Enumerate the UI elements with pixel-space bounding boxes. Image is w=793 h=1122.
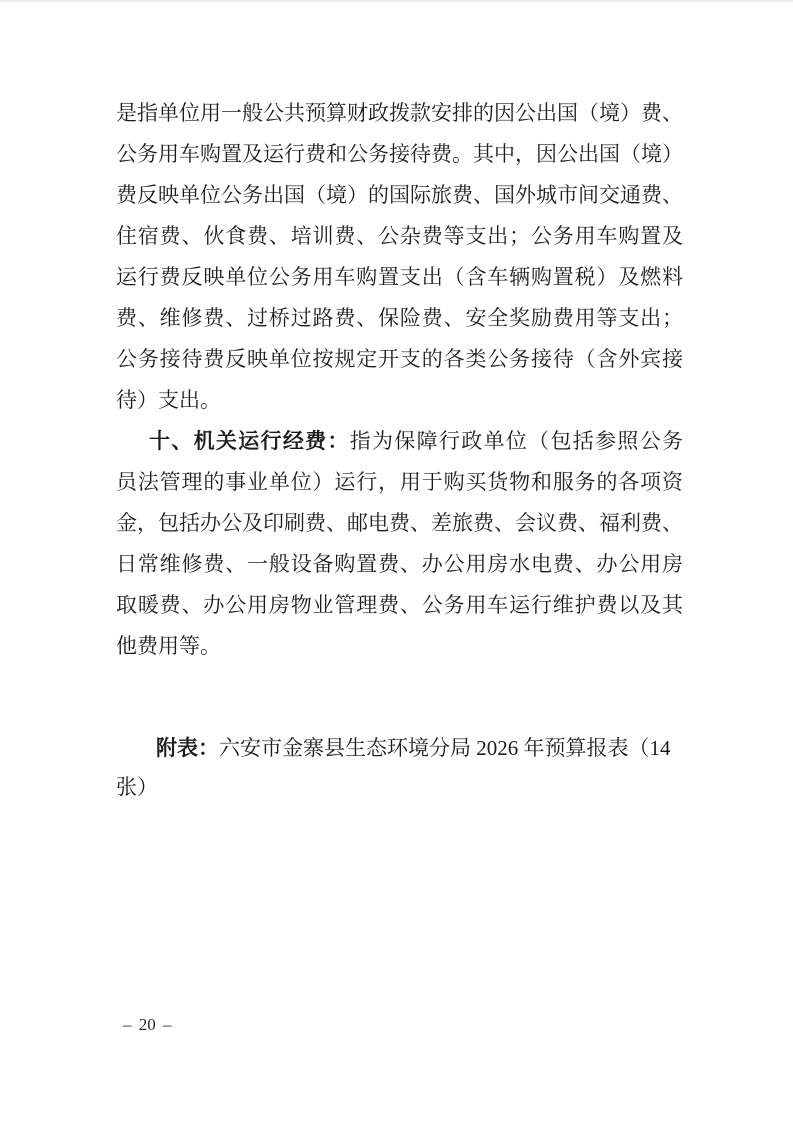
text-line: 员法管理的事业单位）运行，用于购买货物和服务的各项资 xyxy=(116,462,683,503)
paragraph-heading-rest: 指为保障行政单位（包括参照公务 xyxy=(350,429,683,453)
body-text: 是指单位用一般公共预算财政拨款安排的因公出国（境）费、 公务用车购置及运行费和公… xyxy=(116,93,683,667)
document-page: 是指单位用一般公共预算财政拨款安排的因公出国（境）费、 公务用车购置及运行费和公… xyxy=(0,0,793,1122)
attachment-label: 附表： xyxy=(156,737,219,760)
text-line: 费反映单位公务出国（境）的国际旅费、国外城市间交通费、 xyxy=(116,175,683,216)
text-line: 公务用车购置及运行费和公务接待费。其中，因公出国（境） xyxy=(116,134,683,175)
text-line: 日常维修费、一般设备购置费、办公用房水电费、办公用房 xyxy=(116,544,683,585)
text-line: 张） xyxy=(116,768,683,806)
text-line: 取暖费、办公用房物业管理费、公务用车运行维护费以及其 xyxy=(116,585,683,626)
paragraph-agency-operating-funds: 十、机关运行经费：指为保障行政单位（包括参照公务 员法管理的事业单位）运行，用于… xyxy=(116,421,683,667)
page-number: – 20 – xyxy=(123,1014,172,1036)
text-line: 十、机关运行经费：指为保障行政单位（包括参照公务 xyxy=(116,421,683,462)
paragraph-heading: 十、机关运行经费： xyxy=(149,430,350,453)
text-line: 他费用等。 xyxy=(116,626,683,667)
text-line: 是指单位用一般公共预算财政拨款安排的因公出国（境）费、 xyxy=(116,93,683,134)
attachment-note: 附表：六安市金寨县生态环境分局 2026 年预算报表（14 张） xyxy=(116,729,683,806)
text-line: 待）支出。 xyxy=(116,380,683,421)
text-line: 金，包括办公及印刷费、邮电费、差旅费、会议费、福利费、 xyxy=(116,503,683,544)
text-line: 运行费反映单位公务用车购置支出（含车辆购置税）及燃料 xyxy=(116,257,683,298)
attachment-text: 六安市金寨县生态环境分局 2026 年预算报表（14 xyxy=(219,736,671,760)
page-top-edge xyxy=(0,0,793,2)
text-line: 住宿费、伙食费、培训费、公杂费等支出；公务用车购置及 xyxy=(116,216,683,257)
text-line: 费、维修费、过桥过路费、保险费、安全奖励费用等支出； xyxy=(116,298,683,339)
paragraph-three-public-expenses: 是指单位用一般公共预算财政拨款安排的因公出国（境）费、 公务用车购置及运行费和公… xyxy=(116,93,683,421)
text-line: 公务接待费反映单位按规定开支的各类公务接待（含外宾接 xyxy=(116,339,683,380)
text-line: 附表：六安市金寨县生态环境分局 2026 年预算报表（14 xyxy=(116,729,683,768)
